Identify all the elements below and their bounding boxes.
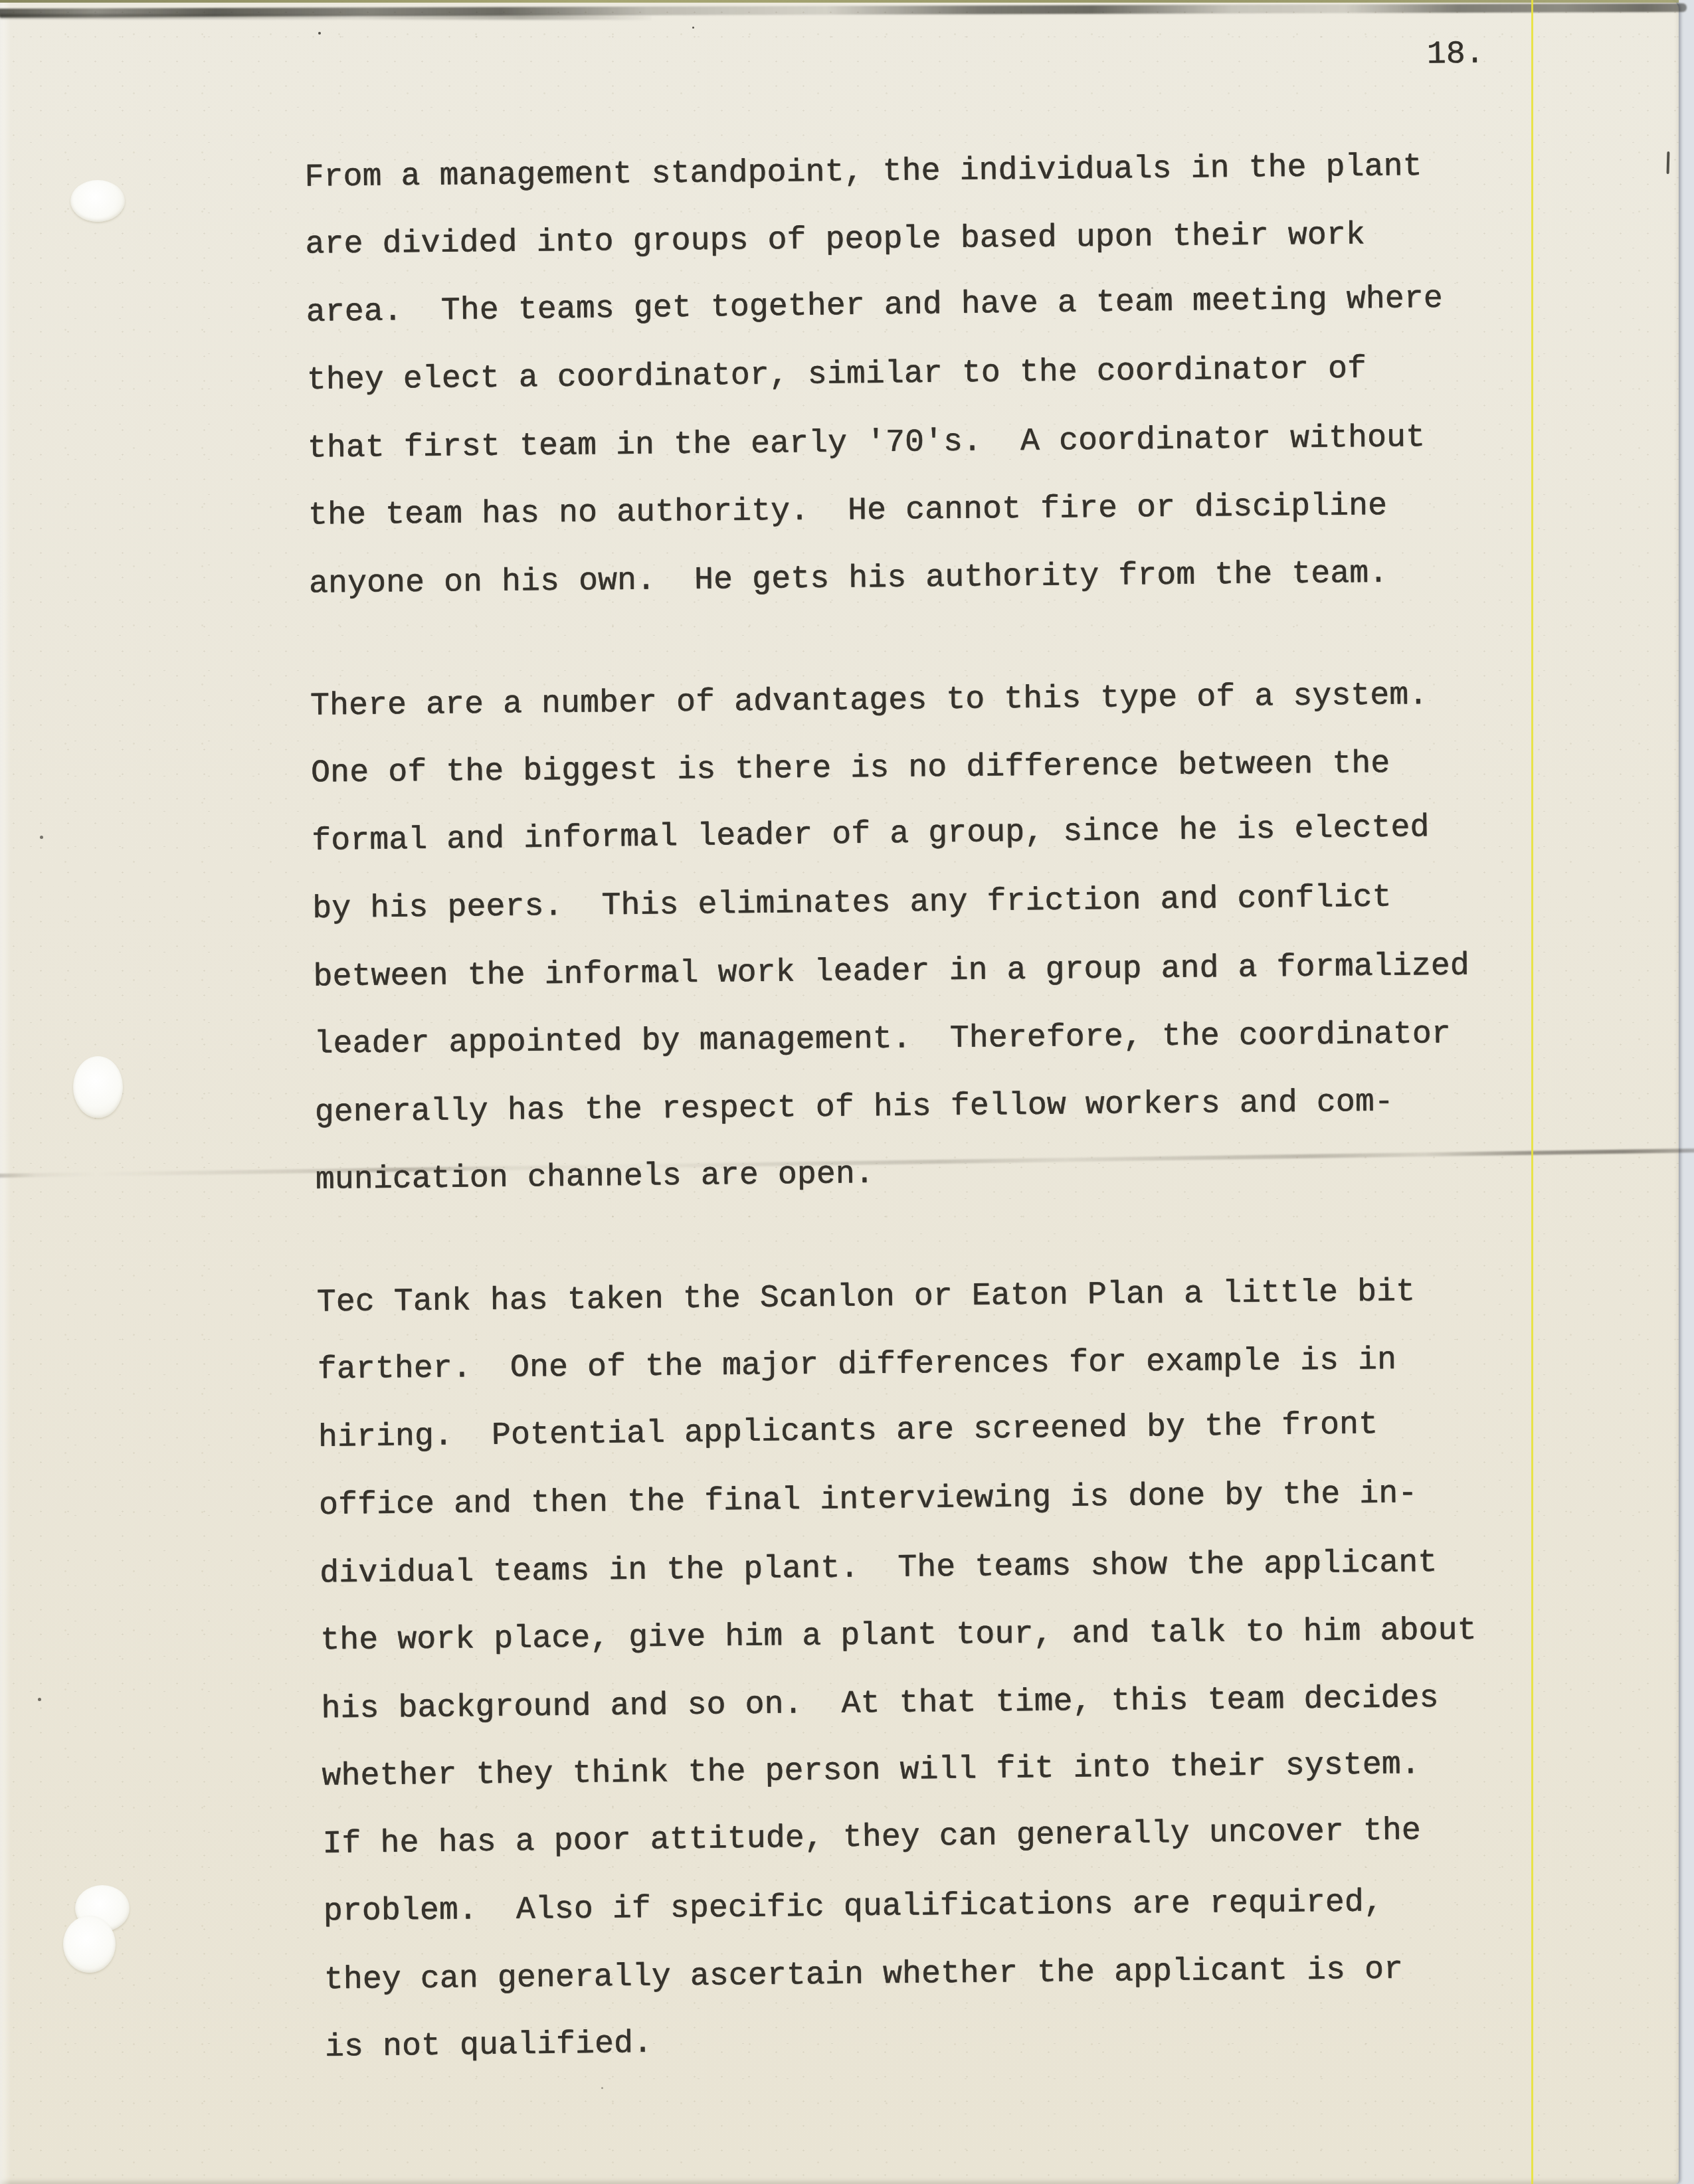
punch-hole-bottom-lower <box>63 1916 116 1973</box>
paper-speck <box>318 32 321 35</box>
typed-line: hiring. Potential applicants are screene… <box>318 1389 1554 1472</box>
typed-line: If he has a poor attitude, they can gene… <box>322 1795 1558 1878</box>
typed-line: office and then the final interviewing i… <box>319 1459 1555 1540</box>
scanner-yellow-line <box>1531 0 1533 2184</box>
paper-speck <box>1151 287 1153 289</box>
typed-line: his background and so on. At that time, … <box>321 1663 1557 1743</box>
typed-line: leader appointed by management. Therefor… <box>314 1000 1550 1079</box>
paper-speck <box>38 1698 41 1701</box>
paper-speck <box>601 2087 603 2089</box>
page-number: 18. <box>1427 35 1485 75</box>
typed-line: they elect a coordinator, similar to the… <box>306 333 1543 414</box>
paragraph-advantages: There are a number of advantages to this… <box>310 659 1552 1214</box>
typed-line: dividual teams in the plant. The teams s… <box>320 1528 1556 1607</box>
typed-line: is not qualified. <box>324 1999 1560 2082</box>
typed-line: From a management standpoint, the indivi… <box>304 132 1541 211</box>
punch-hole-middle <box>73 1056 123 1118</box>
typed-line: area. The teams get together and have a … <box>306 264 1542 347</box>
typed-line: between the informal work leader in a gr… <box>313 931 1549 1011</box>
typed-line: There are a number of advantages to this… <box>310 660 1547 740</box>
typed-line: munication channels are open. <box>315 1133 1551 1214</box>
typed-line: problem. Also if specific qualifications… <box>323 1867 1559 1946</box>
typed-line: generally has the respect of his fellow … <box>314 1067 1551 1146</box>
paper-speck <box>40 836 43 839</box>
typed-line: the team has no authority. He cannot fir… <box>308 471 1545 550</box>
scanned-document: 18. From a management standpoint, the in… <box>0 0 1694 2184</box>
scan-edge-smudge-secondary <box>0 14 651 20</box>
typed-line: anyone on his own. He gets his authority… <box>309 538 1545 618</box>
typed-line: formal and informal leader of a group, s… <box>312 792 1548 875</box>
typed-line: that first team in the early '70's. A co… <box>307 403 1543 482</box>
right-edge-ink-mark <box>1667 151 1670 174</box>
paragraph-tec-tank-hiring: Tec Tank has taken the Scanlon or Eaton … <box>316 1255 1560 2082</box>
paper-speck <box>692 27 694 29</box>
scan-top-edge <box>0 0 1679 3</box>
paper-sheet: 18. From a management standpoint, the in… <box>0 0 1679 2184</box>
typed-line: the work place, give him a plant tour, a… <box>320 1596 1556 1675</box>
typed-line: Tec Tank has taken the Scanlon or Eaton … <box>316 1257 1553 1336</box>
paragraph-management-standpoint: From a management standpoint, the indivi… <box>304 130 1545 618</box>
punch-hole-top <box>70 180 125 222</box>
typewritten-text: From a management standpoint, the indivi… <box>304 130 1561 2136</box>
typed-line: by his peers. This eliminates any fricti… <box>312 862 1549 943</box>
